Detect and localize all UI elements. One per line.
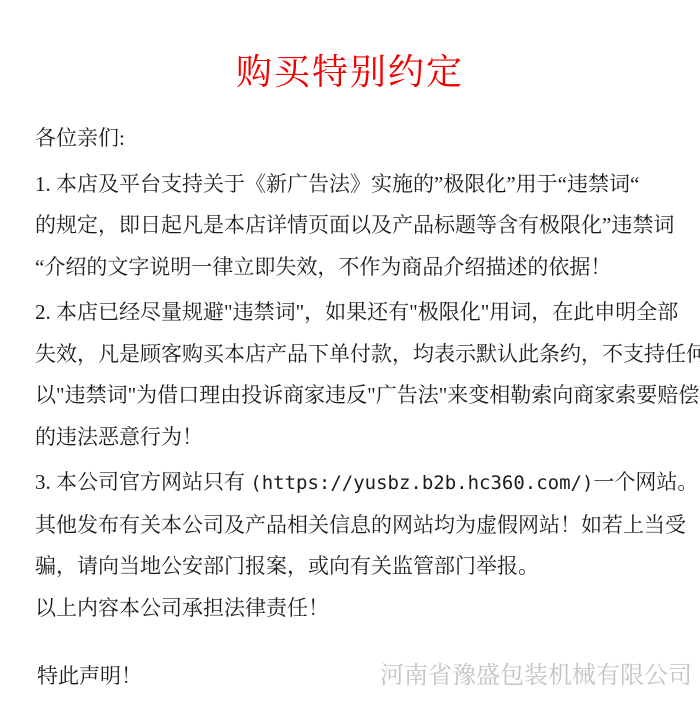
notice-body: 各位亲们: 1. 本店及平台支持关于《新广告法》实施的”极限化”用于“违禁词“ … bbox=[35, 118, 690, 633]
official-site-suffix: 一个网站。网上 bbox=[593, 470, 700, 494]
paragraph-2-line: 失效，凡是顾客购买本店产品下单付款，均表示默认此条约，不支持任何 bbox=[35, 334, 690, 376]
paragraph-1-line: 的规定，即日起凡是本店详情页面以及产品标题等含有极限化”违禁词 bbox=[35, 205, 690, 247]
paragraph-2: 2. 本店已经尽量规避"违禁词"，如果还有"极限化"用词，在此申明全部 失效，凡… bbox=[35, 292, 690, 458]
paragraph-3-line: 其他发布有关本公司及产品相关信息的网站均为虚假网站！如若上当受 bbox=[35, 505, 690, 547]
paragraph-2-line: 以"违禁词"为借口理由投诉商家违反"广告法"来变相勒索向商家索要赔偿 bbox=[35, 375, 690, 417]
paragraph-3-line: 骗，请向当地公安部门报案，或向有关监管部门举报。 bbox=[35, 546, 690, 588]
paragraph-3-line: 3. 本公司官方网站只有 (https://yusbz.b2b.hc360.co… bbox=[35, 462, 690, 505]
greeting-line: 各位亲们: bbox=[35, 118, 690, 160]
paragraph-3-line: 以上内容本公司承担法律责任！ bbox=[35, 588, 690, 630]
paragraph-1-line: “介绍的文字说明一律立即失效，不作为商品介绍描述的依据！ bbox=[35, 247, 690, 289]
paragraph-1-line: 1. 本店及平台支持关于《新广告法》实施的”极限化”用于“违禁词“ bbox=[35, 164, 690, 206]
footer: 特此声明！ 河南省豫盛包装机械有限公司 bbox=[37, 655, 692, 690]
paragraph-2-line: 2. 本店已经尽量规避"违禁词"，如果还有"极限化"用词，在此申明全部 bbox=[35, 292, 690, 334]
notice-page: 购买特别约定 各位亲们: 1. 本店及平台支持关于《新广告法》实施的”极限化”用… bbox=[0, 0, 700, 710]
paragraph-3: 3. 本公司官方网站只有 (https://yusbz.b2b.hc360.co… bbox=[35, 462, 690, 629]
paragraph-2-line: 的违法恶意行为！ bbox=[35, 417, 690, 459]
greeting: 各位亲们: bbox=[35, 118, 690, 160]
official-site-url: (https://yusbz.b2b.hc360.com/) bbox=[250, 472, 593, 494]
declaration-text: 特此声明！ bbox=[37, 660, 142, 690]
page-title: 购买特别约定 bbox=[0, 44, 700, 95]
official-site-prefix: 3. 本公司官方网站只有 bbox=[35, 470, 250, 494]
company-name: 河南省豫盛包装机械有限公司 bbox=[380, 655, 692, 690]
paragraph-1: 1. 本店及平台支持关于《新广告法》实施的”极限化”用于“违禁词“ 的规定，即日… bbox=[35, 164, 690, 289]
